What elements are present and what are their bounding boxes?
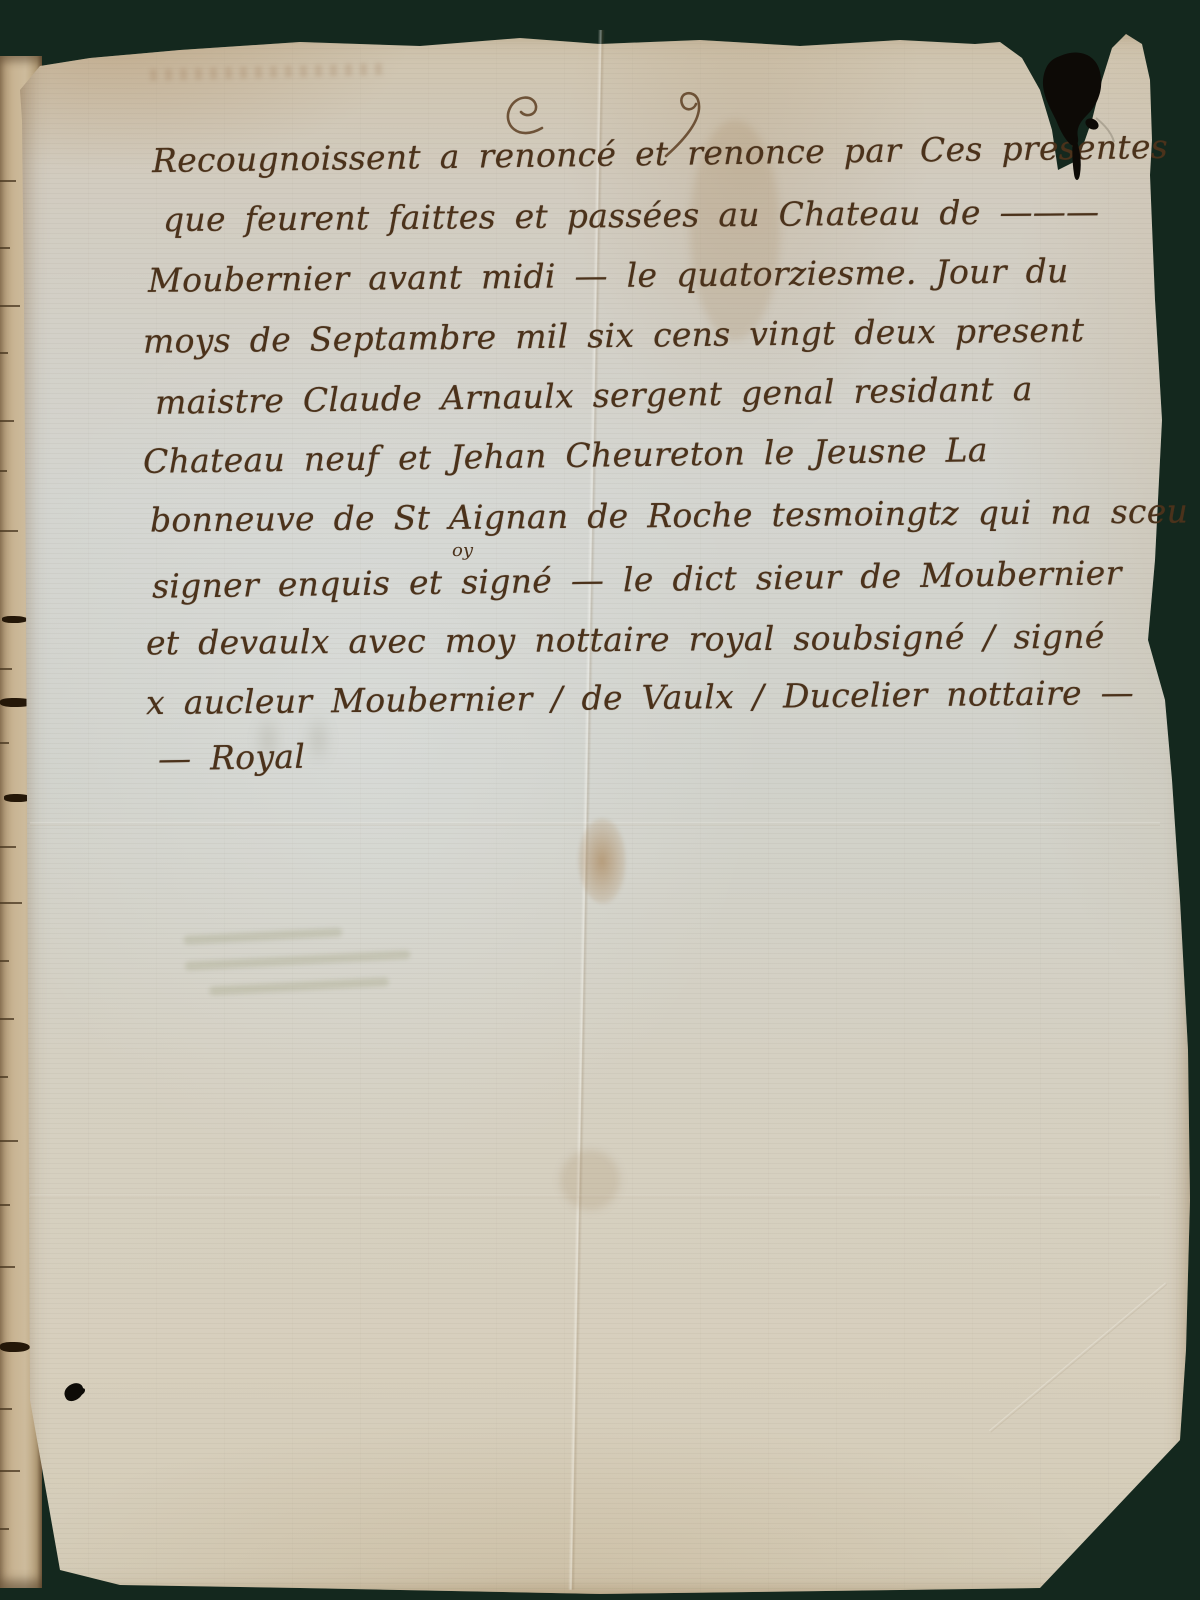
crease-stain [578, 818, 626, 904]
interline-insertion: oy [452, 540, 473, 561]
leaf-edge-mark [0, 668, 12, 670]
leaf-edge-mark [0, 742, 9, 744]
leaf-edge-mark [0, 1140, 18, 1142]
stamp-bleedthrough [148, 908, 443, 1023]
leaf-edge-mark [0, 1266, 15, 1268]
ink-blot [1030, 46, 1116, 200]
leaf-edge-mark [0, 1018, 14, 1020]
photograph-frame: Recougnoissent a renoncé et renonce par … [0, 0, 1200, 1600]
leaf-edge-mark [0, 470, 7, 472]
leaf-edge-mark [0, 180, 16, 182]
manuscript-line: et devaulx avec moy nottaire royal soubs… [146, 617, 1105, 663]
manuscript-line: — Royal [158, 737, 306, 779]
stamp-ghost-row [183, 927, 343, 944]
leaf-edge-mark [0, 1408, 12, 1410]
leaf-edge-mark [0, 1204, 10, 1206]
leaf-edge-mark [0, 247, 10, 249]
leaf-edge-mark [0, 902, 22, 904]
leaf-edge-mark [0, 1076, 8, 1078]
leaf-edge-mark [0, 352, 8, 354]
stamp-ghost-row [184, 950, 410, 971]
manuscript-line: que feurent faittes et passées au Chatea… [163, 192, 1100, 239]
paper-stain [560, 1150, 620, 1210]
leaf-edge-mark [0, 305, 20, 307]
stamp-ghost-row [209, 977, 389, 995]
leaf-edge-mark [0, 530, 18, 532]
leaf-edge-mark [0, 1470, 20, 1472]
leaf-edge-mark [0, 420, 14, 422]
leaf-edge-dark-mark [2, 616, 28, 623]
leaf-edge-mark [0, 1528, 9, 1530]
leaf-edge-dark-mark [0, 1342, 30, 1352]
leaf-edge-mark [0, 960, 9, 962]
leaf-edge-mark [0, 846, 16, 848]
